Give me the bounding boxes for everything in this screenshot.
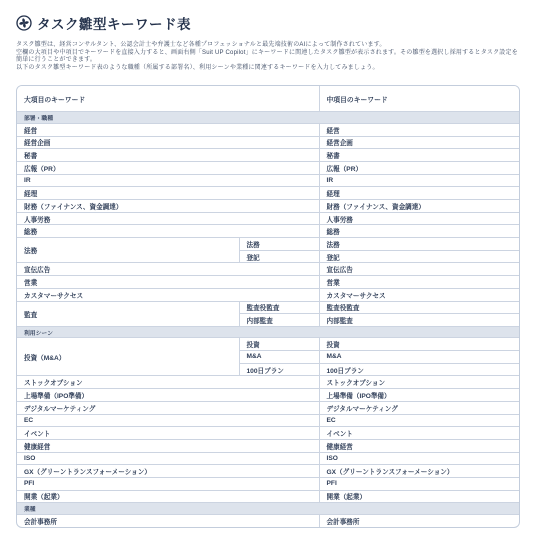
minor-keyword-cell: 開業（起業） [319,490,519,503]
section-header-row: 業種 [17,503,519,515]
major-keyword-cell: 投資（M&A） [17,338,239,376]
sub-keyword-cell: 内部監査 [239,314,319,327]
section-label: 利用シーン [17,326,519,338]
description-paragraph: タスク雛型は、経営コンサルタント、公認会計士や弁護士など各種プロフェッショナルと… [16,42,520,50]
minor-keyword-cell: 経営企画 [319,136,519,149]
minor-keyword-cell: 登記 [319,250,519,263]
major-keyword-cell: 営業 [17,276,319,289]
minor-keyword-cell: 財務（ファイナンス、資金調達） [319,200,519,213]
table-row: 財務（ファイナンス、資金調達）財務（ファイナンス、資金調達） [17,200,519,213]
minor-keyword-cell: 会計事務所 [319,514,519,526]
table-row: イベントイベント [17,427,519,440]
sub-keyword-cell: 監査役監査 [239,301,319,314]
table-row: GX（グリーントランスフォーメーション）GX（グリーントランスフォーメーション） [17,465,519,478]
minor-keyword-cell: 監査役監査 [319,301,519,314]
minor-keyword-cell: 広報（PR） [319,161,519,174]
major-keyword-cell: PFI [17,477,319,490]
major-keyword-cell: 人事労務 [17,212,319,225]
major-keyword-cell: 上場準備（IPO準備） [17,389,319,402]
minor-keyword-cell: ISO [319,452,519,465]
page-header: タスク雛型キーワード表 [16,13,520,33]
table-row: ストックオプションストックオプション [17,376,519,389]
minor-keyword-cell: 秘書 [319,149,519,162]
table-row: デジタルマーケティングデジタルマーケティング [17,401,519,414]
description-paragraph: 以下のタスク雛型キーワード表のような職種（所属する部署名）、利用シーンや業種に関… [16,65,520,73]
table-row: 人事労務人事労務 [17,212,519,225]
minor-keyword-cell: 100日プラン [319,363,519,376]
minor-keyword-cell: IR [319,174,519,187]
minor-keyword-cell: 宣伝広告 [319,263,519,276]
major-keyword-cell: 秘書 [17,149,319,162]
minor-keyword-cell: M&A [319,351,519,364]
keyword-table-body: 部署・職種経営経営経営企画経営企画秘書秘書広報（PR）広報（PR）IRIR経理経… [17,112,519,527]
minor-keyword-cell: 営業 [319,276,519,289]
major-keyword-cell: 経営企画 [17,136,319,149]
major-keyword-cell: 健康経営 [17,439,319,452]
major-keyword-header: 大項目のキーワード [17,86,319,112]
minor-keyword-cell: EC [319,414,519,427]
major-keyword-cell: ストックオプション [17,376,319,389]
keyword-table: 大項目のキーワード 中項目のキーワード 部署・職種経営経営経営企画経営企画秘書秘… [16,85,520,527]
minor-keyword-cell: 健康経営 [319,439,519,452]
table-row: 上場準備（IPO準備）上場準備（IPO準備） [17,389,519,402]
table-header-row: 大項目のキーワード 中項目のキーワード [17,86,519,112]
table-row: 投資（M&A）投資投資 [17,338,519,351]
major-keyword-cell: 会計事務所 [17,514,319,526]
section-label: 部署・職種 [17,112,519,124]
table-row: IRIR [17,174,519,187]
major-keyword-cell: 広報（PR） [17,161,319,174]
minor-keyword-cell: 内部監査 [319,314,519,327]
page-description: タスク雛型は、経営コンサルタント、公認会計士や弁護士など各種プロフェッショナルと… [16,42,520,72]
description-paragraph: 空欄の大項目や中項目でキーワードを直接入力すると、画面右側「Suit UP Co… [16,50,520,65]
table-row: 経理経理 [17,187,519,200]
major-keyword-cell: 監査 [17,301,239,326]
table-row: 秘書秘書 [17,149,519,162]
minor-keyword-cell: 法務 [319,238,519,251]
table-row: カスタマーサクセスカスタマーサクセス [17,288,519,301]
minor-keyword-cell: 人事労務 [319,212,519,225]
sub-keyword-cell: 100日プラン [239,363,319,376]
minor-keyword-cell: 経理 [319,187,519,200]
table-row: ECEC [17,414,519,427]
sub-keyword-cell: M&A [239,351,319,364]
section-header-row: 利用シーン [17,326,519,338]
section-label: 業種 [17,503,519,515]
table-row: 広報（PR）広報（PR） [17,161,519,174]
table-row: 健康経営健康経営 [17,439,519,452]
major-keyword-cell: イベント [17,427,319,440]
table-row: 会計事務所会計事務所 [17,514,519,526]
major-keyword-cell: EC [17,414,319,427]
major-keyword-cell: 法務 [17,238,239,263]
major-keyword-cell: 総務 [17,225,319,238]
sub-keyword-cell: 登記 [239,250,319,263]
sub-keyword-cell: 投資 [239,338,319,351]
minor-keyword-cell: 投資 [319,338,519,351]
minor-keyword-cell: カスタマーサクセス [319,288,519,301]
major-keyword-cell: ISO [17,452,319,465]
table-row: PFIPFI [17,477,519,490]
minor-keyword-cell: GX（グリーントランスフォーメーション） [319,465,519,478]
major-keyword-cell: 財務（ファイナンス、資金調達） [17,200,319,213]
table-row: 営業営業 [17,276,519,289]
major-keyword-cell: デジタルマーケティング [17,401,319,414]
minor-keyword-cell: 総務 [319,225,519,238]
table-row: 監査監査役監査監査役監査 [17,301,519,314]
page-title: タスク雛型キーワード表 [37,13,191,33]
minor-keyword-cell: PFI [319,477,519,490]
table-row: 経営経営 [17,123,519,136]
table-row: 宣伝広告宣伝広告 [17,263,519,276]
page: タスク雛型キーワード表 タスク雛型は、経営コンサルタント、公認会計士や弁護士など… [0,0,536,528]
major-keyword-cell: 経営 [17,123,319,136]
table-row: 総務総務 [17,225,519,238]
minor-keyword-cell: 経営 [319,123,519,136]
major-keyword-cell: 宣伝広告 [17,263,319,276]
major-keyword-cell: GX（グリーントランスフォーメーション） [17,465,319,478]
table-row: 法務法務法務 [17,238,519,251]
major-keyword-cell: 経理 [17,187,319,200]
section-header-row: 部署・職種 [17,112,519,124]
sub-keyword-cell: 法務 [239,238,319,251]
pinwheel-logo-icon [16,15,32,31]
minor-keyword-cell: イベント [319,427,519,440]
major-keyword-cell: IR [17,174,319,187]
minor-keyword-cell: 上場準備（IPO準備） [319,389,519,402]
minor-keyword-cell: ストックオプション [319,376,519,389]
table-row: 開業（起業）開業（起業） [17,490,519,503]
minor-keyword-cell: デジタルマーケティング [319,401,519,414]
table-row: 経営企画経営企画 [17,136,519,149]
major-keyword-cell: 開業（起業） [17,490,319,503]
major-keyword-cell: カスタマーサクセス [17,288,319,301]
table-row: ISOISO [17,452,519,465]
minor-keyword-header: 中項目のキーワード [319,86,519,112]
